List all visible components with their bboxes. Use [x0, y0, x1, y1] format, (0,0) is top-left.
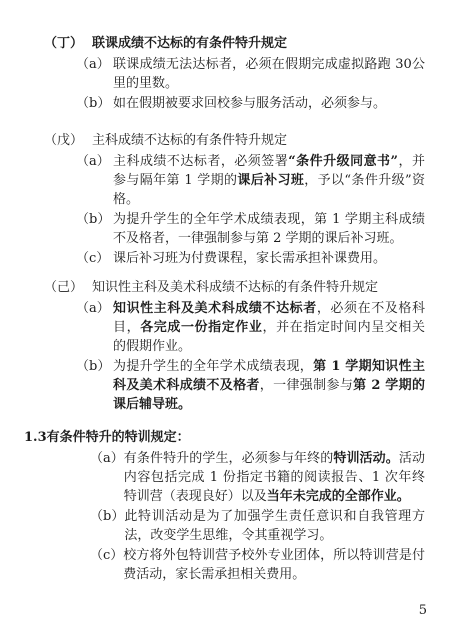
- bold-text-run: 课后补习班: [237, 173, 304, 188]
- text-run: 此特训活动是为了加强学生责任意识和自我管理方法，改变学生思维，令其重视学习。: [124, 509, 425, 543]
- section-heading: 1.3有条件特升的特训规定：: [24, 428, 425, 448]
- section-丁: （丁）联课成绩不达标的有条件特升规定（a）联课成绩无法达标者，必须在假期完成虚拟…: [44, 34, 425, 113]
- item-text: 为提升学生的全年学术成绩表现，第 1 学期知识性主科及美术科成绩不及格者，一律强…: [113, 357, 425, 414]
- item-label: （b）: [76, 357, 113, 414]
- list-item: （b）如在假期被要求回校参与服务活动，必须参与。: [76, 94, 425, 113]
- section-13: 1.3有条件特升的特训规定：（a）有条件特升的学生，必须参与年终的特训活动。活动…: [24, 428, 425, 584]
- section-items: （a）有条件特升的学生，必须参与年终的特训活动。活动内容包括完成 1 份指定书籍…: [90, 449, 425, 584]
- item-label: （a）: [76, 299, 113, 356]
- bold-text-run: 特训活动。: [333, 451, 399, 466]
- page-number: 5: [419, 603, 427, 618]
- item-label: （b）: [90, 507, 124, 545]
- text-run: 为提升学生的全年学术成绩表现，: [113, 359, 313, 374]
- text-run: 主科成绩不达标者，必须签署: [113, 154, 288, 169]
- item-text: 课后补习班为付费课程，家长需承担补课费用。: [113, 249, 425, 268]
- list-item: （a）知识性主科及美术科成绩不达标者，必须在不及格科目，各完成一份指定作业，并在…: [76, 299, 425, 356]
- section-items: （a）联课成绩无法达标者，必须在假期完成虚拟路跑 30公里的里数。（b）如在假期…: [76, 55, 425, 113]
- list-item: （b）为提升学生的全年学术成绩表现，第 1 学期知识性主科及美术科成绩不及格者，…: [76, 357, 425, 414]
- list-item: （a）有条件特升的学生，必须参与年终的特训活动。活动内容包括完成 1 份指定书籍…: [90, 449, 425, 506]
- item-text: 为提升学生的全年学术成绩表现，第 1 学期主科成绩不及格者，一律强制参与第 2 …: [113, 210, 425, 248]
- text-run: 课后补习班为付费课程，家长需承担补课费用。: [113, 251, 386, 266]
- section-title: 主科成绩不达标的有条件特升规定: [92, 131, 425, 151]
- section-title: 知识性主科及美术科成绩不达标的有条件特升规定: [92, 278, 425, 298]
- item-label: （c）: [90, 546, 123, 584]
- list-item: （c）课后补习班为付费课程，家长需承担补课费用。: [76, 249, 425, 268]
- item-text: 联课成绩无法达标者，必须在假期完成虚拟路跑 30公里的里数。: [113, 55, 425, 93]
- section-戊: （戊）主科成绩不达标的有条件特升规定（a）主科成绩不达标者，必须签署“条件升级同…: [44, 131, 425, 268]
- section-heading: （己）知识性主科及美术科成绩不达标的有条件特升规定: [44, 278, 425, 298]
- section-label: 1.3: [24, 428, 47, 448]
- text-run: 校方将外包特训营予校外专业团体，所以特训营是付费活动，家长需承担相关费用。: [123, 548, 425, 582]
- item-text: 此特训活动是为了加强学生责任意识和自我管理方法，改变学生思维，令其重视学习。: [124, 507, 425, 545]
- section-title: 联课成绩不达标的有条件特升规定: [92, 34, 425, 54]
- text-run: 联课成绩无法达标者，必须在假期完成虚拟路跑 30公里的里数。: [113, 57, 425, 91]
- section-heading: （丁）联课成绩不达标的有条件特升规定: [44, 34, 425, 54]
- bold-text-run: 当年未完成的全部作业。: [267, 489, 410, 504]
- text-run: 如在假期被要求回校参与服务活动，必须参与。: [113, 96, 386, 111]
- text-run: 知识性主科及美术科成绩不达标的有条件特升规定: [92, 280, 378, 295]
- section-items: （a）知识性主科及美术科成绩不达标者，必须在不及格科目，各完成一份指定作业，并在…: [76, 299, 425, 414]
- section-title: 有条件特升的特训规定：: [47, 428, 425, 448]
- text-run: ，一律强制参与: [260, 378, 353, 393]
- text-run: 为提升学生的全年学术成绩表现，第 1 学期主科成绩不及格者，一律强制参与第 2 …: [113, 212, 425, 246]
- item-label: （a）: [76, 152, 113, 209]
- document-content: （丁）联课成绩不达标的有条件特升规定（a）联课成绩无法达标者，必须在假期完成虚拟…: [24, 34, 425, 584]
- item-text: 如在假期被要求回校参与服务活动，必须参与。: [113, 94, 425, 113]
- list-item: （a）主科成绩不达标者，必须签署“条件升级同意书”，并参与隔年第 1 学期的课后…: [76, 152, 425, 209]
- document-page: （丁）联课成绩不达标的有条件特升规定（a）联课成绩无法达标者，必须在假期完成虚拟…: [0, 0, 451, 640]
- section-label: （己）: [44, 278, 92, 298]
- item-label: （c）: [76, 249, 113, 268]
- list-item: （b）此特训活动是为了加强学生责任意识和自我管理方法，改变学生思维，令其重视学习…: [90, 507, 425, 545]
- section-label: （戊）: [44, 131, 92, 151]
- bold-text-run: 有条件特升的特训规定：: [47, 430, 190, 445]
- bold-text-run: 知识性主科及美术科成绩不达标者: [113, 301, 317, 316]
- item-label: （b）: [76, 94, 113, 113]
- section-heading: （戊）主科成绩不达标的有条件特升规定: [44, 131, 425, 151]
- bold-text-run: 各完成一份指定作业: [140, 320, 262, 335]
- list-item: （c）校方将外包特训营予校外专业团体，所以特训营是付费活动，家长需承担相关费用。: [90, 546, 425, 584]
- bold-text-run: 联课成绩不达标的有条件特升规定: [92, 36, 287, 51]
- text-run: 主科成绩不达标的有条件特升规定: [92, 133, 287, 148]
- text-run: 有条件特升的学生，必须参与年终的: [124, 451, 334, 466]
- item-text: 知识性主科及美术科成绩不达标者，必须在不及格科目，各完成一份指定作业，并在指定时…: [113, 299, 425, 356]
- section-己: （己）知识性主科及美术科成绩不达标的有条件特升规定（a）知识性主科及美术科成绩不…: [44, 278, 425, 414]
- bold-text-run: “条件升级同意书”: [288, 154, 398, 169]
- list-item: （a）联课成绩无法达标者，必须在假期完成虚拟路跑 30公里的里数。: [76, 55, 425, 93]
- item-label: （b）: [76, 210, 113, 248]
- item-text: 主科成绩不达标者，必须签署“条件升级同意书”，并参与隔年第 1 学期的课后补习班…: [113, 152, 425, 209]
- item-label: （a）: [76, 55, 113, 93]
- item-text: 校方将外包特训营予校外专业团体，所以特训营是付费活动，家长需承担相关费用。: [123, 546, 425, 584]
- item-text: 有条件特升的学生，必须参与年终的特训活动。活动内容包括完成 1 份指定书籍的阅读…: [124, 449, 425, 506]
- item-label: （a）: [90, 449, 124, 506]
- section-label: （丁）: [44, 34, 92, 54]
- list-item: （b）为提升学生的全年学术成绩表现，第 1 学期主科成绩不及格者，一律强制参与第…: [76, 210, 425, 248]
- section-items: （a）主科成绩不达标者，必须签署“条件升级同意书”，并参与隔年第 1 学期的课后…: [76, 152, 425, 268]
